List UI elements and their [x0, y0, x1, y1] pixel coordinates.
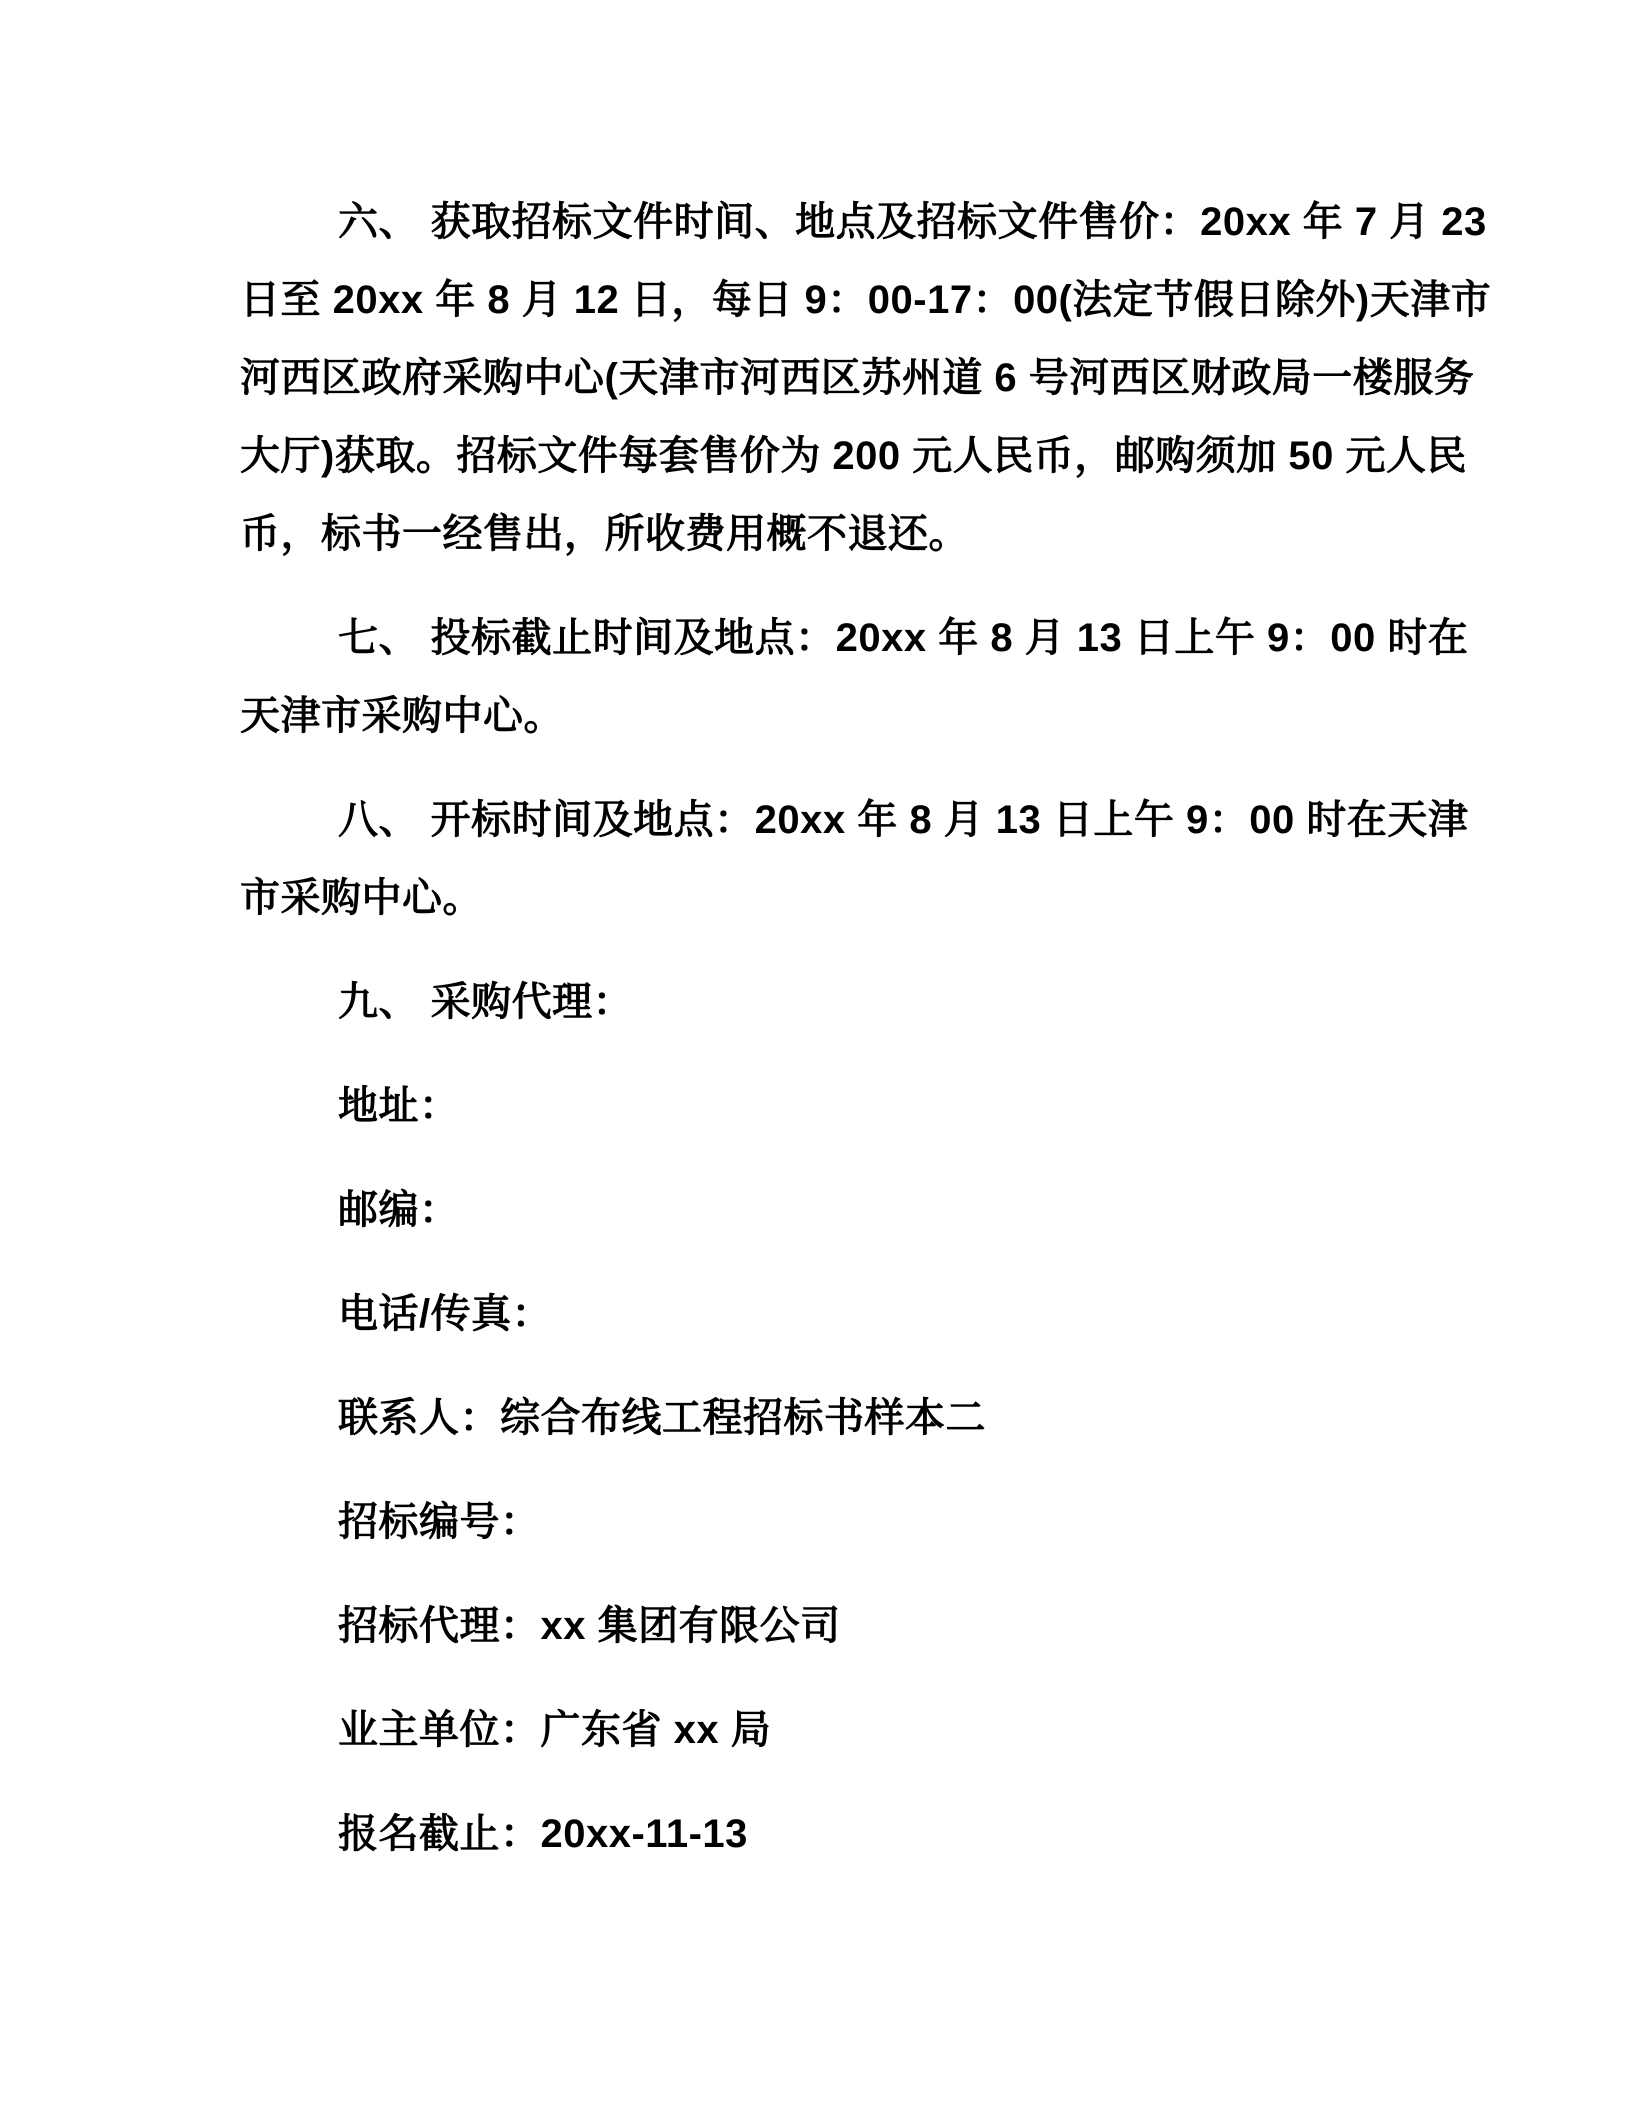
paragraph: 九、 采购代理：: [240, 963, 1394, 1041]
text-line: 日至 20xx 年 8 月 12 日，每日 9：00-17：00(法定节假日除外…: [240, 261, 1394, 339]
text-line: 大厅)获取。招标文件每套售价为 200 元人民币，邮购须加 50 元人民: [240, 417, 1394, 495]
text-line: 七、 投标截止时间及地点：20xx 年 8 月 13 日上午 9：00 时在: [240, 599, 1394, 677]
text-line: 联系人：综合布线工程招标书样本二: [240, 1379, 1394, 1457]
paragraph: 邮编：: [240, 1171, 1394, 1249]
paragraph: 地址：: [240, 1067, 1394, 1145]
paragraph: 电话/传真：: [240, 1275, 1394, 1353]
document-page: 六、 获取招标文件时间、地点及招标文件售价：20xx 年 7 月 23日至 20…: [0, 0, 1632, 2112]
text-line: 河西区政府采购中心(天津市河西区苏州道 6 号河西区财政局一楼服务: [240, 339, 1394, 417]
text-line: 市采购中心。: [240, 859, 1394, 937]
paragraph: 招标编号：: [240, 1483, 1394, 1561]
paragraph: 报名截止：20xx-11-13: [240, 1795, 1394, 1873]
text-line: 八、 开标时间及地点：20xx 年 8 月 13 日上午 9：00 时在天津: [240, 781, 1394, 859]
text-line: 天津市采购中心。: [240, 677, 1394, 755]
text-line: 地址：: [240, 1067, 1394, 1145]
text-line: 业主单位：广东省 xx 局: [240, 1691, 1394, 1769]
text-line: 电话/传真：: [240, 1275, 1394, 1353]
paragraph: 八、 开标时间及地点：20xx 年 8 月 13 日上午 9：00 时在天津市采…: [240, 781, 1394, 937]
paragraph: 七、 投标截止时间及地点：20xx 年 8 月 13 日上午 9：00 时在天津…: [240, 599, 1394, 755]
text-line: 报名截止：20xx-11-13: [240, 1795, 1394, 1873]
text-line: 邮编：: [240, 1171, 1394, 1249]
text-line: 六、 获取招标文件时间、地点及招标文件售价：20xx 年 7 月 23: [240, 183, 1394, 261]
paragraph: 业主单位：广东省 xx 局: [240, 1691, 1394, 1769]
text-line: 九、 采购代理：: [240, 963, 1394, 1041]
text-line: 币，标书一经售出，所收费用概不退还。: [240, 495, 1394, 573]
paragraph: 招标代理：xx 集团有限公司: [240, 1587, 1394, 1665]
paragraph: 联系人：综合布线工程招标书样本二: [240, 1379, 1394, 1457]
text-line: 招标编号：: [240, 1483, 1394, 1561]
text-line: 招标代理：xx 集团有限公司: [240, 1587, 1394, 1665]
paragraph: 六、 获取招标文件时间、地点及招标文件售价：20xx 年 7 月 23日至 20…: [240, 183, 1394, 573]
